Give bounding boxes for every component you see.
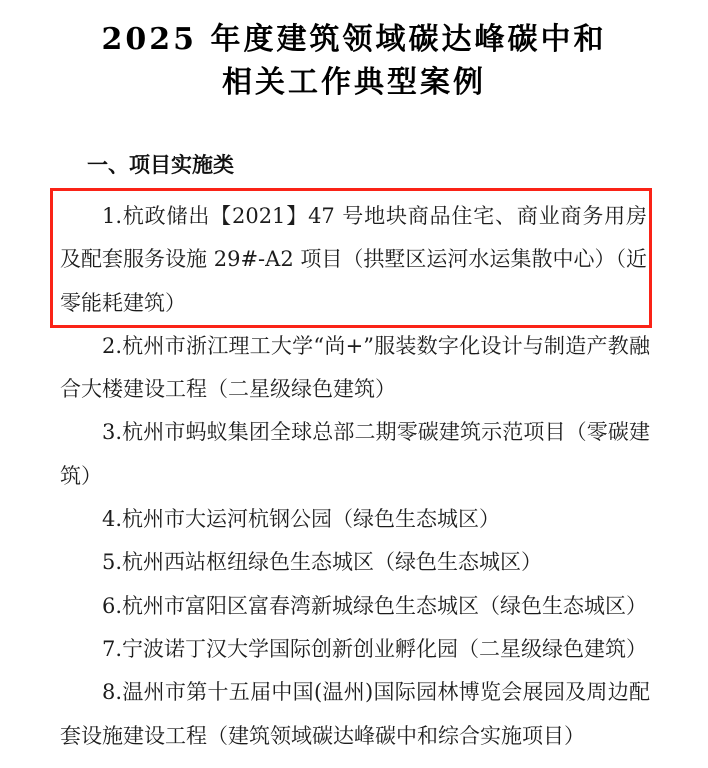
project-item-highlighted: 1.杭政储出【2021】47 号地块商品住宅、商业商务用房及配套服务设施 29#… [50,188,652,328]
project-item: 4.杭州市大运河杭钢公园（绿色生态城区） [60,498,650,541]
project-list: 1.杭政储出【2021】47 号地块商品住宅、商业商务用房及配套服务设施 29#… [60,188,650,758]
document-title-line-2: 相关工作典型案例 [0,61,708,104]
project-item: 5.杭州西站枢纽绿色生态城区（绿色生态城区） [60,541,650,584]
section-heading: 一、项目实施类 [87,150,708,180]
project-item: 3.杭州市蚂蚁集团全球总部二期零碳建筑示范项目（零碳建筑） [60,411,650,498]
project-item: 7.宁波诺丁汉大学国际创新创业孵化园（二星级绿色建筑） [60,628,650,671]
project-item: 8.温州市第十五届中国(温州)国际园林博览会展园及周边配套设施建设工程（建筑领域… [60,671,650,758]
document-title-line-1: 2025 年度建筑领域碳达峰碳中和 [0,18,708,61]
project-item: 6.杭州市富阳区富春湾新城绿色生态城区（绿色生态城区） [60,585,650,628]
project-item: 2.杭州市浙江理工大学“尚+”服装数字化设计与制造产教融合大楼建设工程（二星级绿… [60,325,650,412]
document-page: 2025 年度建筑领域碳达峰碳中和 相关工作典型案例 一、项目实施类 1.杭政储… [0,0,708,768]
document-title: 2025 年度建筑领域碳达峰碳中和 相关工作典型案例 [0,0,708,104]
